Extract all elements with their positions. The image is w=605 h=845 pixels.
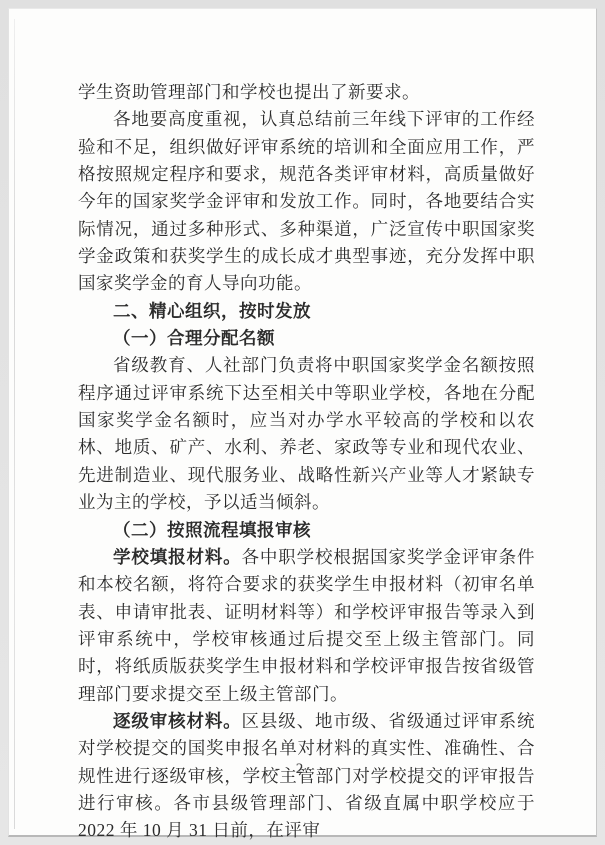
paragraph-lead-in: 逐级审核材料。 [113,711,242,731]
paragraph-text: 各中职学校根据国家奖学金评审条件和本校名额，将符合要求的获奖学生申报材料（初审名… [78,547,535,704]
paragraph: 省级教育、人社部门负责将中职国家奖学金名额按照程序通过评审系统下达至相关中等职业… [78,352,535,516]
subsection-heading: （二）按照流程填报审核 [78,517,535,544]
paragraph-continuation: 学生资助管理部门和学校也提出了新要求。 [78,79,535,106]
document-content: 学生资助管理部门和学校也提出了新要求。 各地要高度重视，认真总结前三年线下评审的… [78,79,535,845]
page-number: - 2 - [9,761,596,778]
scan-background: 学生资助管理部门和学校也提出了新要求。 各地要高度重视，认真总结前三年线下评审的… [0,0,605,845]
scan-fold-line [14,19,15,829]
paragraph: 各地要高度重视，认真总结前三年线下评审的工作经验和不足，组织做好评审系统的培训和… [78,106,535,297]
subsection-heading: （一）合理分配名额 [78,325,535,352]
document-page: 学生资助管理部门和学校也提出了新要求。 各地要高度重视，认真总结前三年线下评审的… [8,8,597,837]
paragraph-lead-in: 学校填报材料。 [113,547,242,567]
section-heading: 二、精心组织，按时发放 [78,298,535,325]
paragraph: 学校填报材料。各中职学校根据国家奖学金评审条件和本校名额，将符合要求的获奖学生申… [78,544,535,708]
